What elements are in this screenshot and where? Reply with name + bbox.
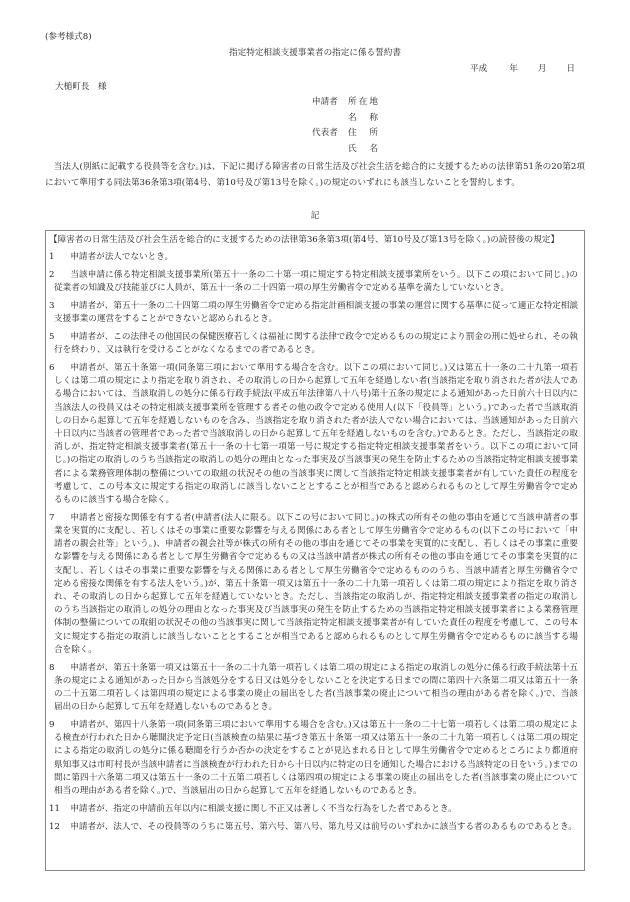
rep-name-label: 氏名: [348, 142, 378, 158]
provision-text: 申請者と密接な関係を有する者(申請者(法人に限る。以下この号において同じ。)の株…: [49, 512, 578, 657]
address-label: 所在地: [348, 95, 378, 111]
signature-block: 申請者所在地 名称 代表者住所 氏名: [312, 95, 378, 157]
document-title: 指定特定相談支援事業者の指定に係る誓約書: [0, 46, 630, 58]
provision-text: 申請者が、第五十条第一項(同条第三項において準用する場合を含む。以下この項におい…: [49, 362, 578, 507]
ki-heading: 記: [0, 209, 630, 221]
form-label: (参考様式8): [45, 30, 92, 42]
provision-text: 申請者が法人でないとき。: [49, 251, 578, 264]
provision-text: 申請者が、第四十八条第一項(同条第三項において準用する場合を含む。)又は第五十一…: [49, 719, 578, 798]
rep-address-label: 住所: [348, 126, 378, 142]
provision-text: 申請者が、第五十条第一項又は第五十一条の二十九第一項若しくは第二項の規定による指…: [49, 662, 578, 715]
provision-item: 12申請者が、法人で、その役員等のうちに第五号、第六号、第八号、第九号又は前号の…: [49, 821, 578, 834]
provision-item: 9申請者が、第四十八条第一項(同条第三項において準用する場合を含む。)又は第五十…: [49, 719, 578, 798]
provision-text: 申請者が、指定の申請前五年以内に相談支援に関し不正又は著しく不当な行為をした者で…: [49, 803, 578, 816]
provisions-heading: 【障害者の日常生活及び社会生活を総合的に支援するための法律第36条第3項(第4号…: [49, 234, 578, 247]
provision-item: 5申請者が、この法律その他国民の保健医療若しくは福祉に関する法律で政令で定めるも…: [49, 331, 578, 357]
date-line: 平成年月日: [470, 62, 591, 74]
date-month-label: 月: [538, 62, 547, 74]
provision-item: 6申請者が、第五十条第一項(同条第三項において準用する場合を含む。以下この項にお…: [49, 362, 578, 507]
date-year-label: 年: [509, 62, 518, 74]
addressee: 大槌町長 様: [55, 80, 107, 92]
applicant-label: 申請者: [312, 95, 348, 111]
name-label: 名称: [348, 111, 378, 127]
provision-item: 2当該申請に係る特定相談支援事業所(第五十一条の二十第一項に規定する特定相談支援…: [49, 269, 578, 295]
date-era: 平成: [470, 62, 487, 74]
provision-text: 申請者が、法人で、その役員等のうちに第五号、第六号、第八号、第九号又は前号のいず…: [49, 821, 578, 834]
provision-item: 1申請者が法人でないとき。: [49, 251, 578, 264]
provision-item: 8申請者が、第五十条第一項又は第五十一条の二十九第一項若しくは第二項の規定による…: [49, 662, 578, 715]
provisions-box: 【障害者の日常生活及び社会生活を総合的に支援するための法律第36条第3項(第4号…: [45, 230, 585, 871]
provision-item: 3申請者が、第五十一条の二十四第二項の厚生労働省令で定める指定計画相談支援の事業…: [49, 300, 578, 326]
provision-text: 申請者が、第五十一条の二十四第二項の厚生労働省令で定める指定計画相談支援の事業の…: [49, 300, 578, 326]
provision-item: 7申請者と密接な関係を有する者(申請者(法人に限る。以下この号において同じ。)の…: [49, 512, 578, 657]
provision-text: 当該申請に係る特定相談支援事業所(第五十一条の二十第一項に規定する特定相談支援事…: [49, 269, 578, 295]
date-day-label: 日: [566, 62, 575, 74]
provision-item: 11申請者が、指定の申請前五年以内に相談支援に関し不正又は著しく不当な行為をした…: [49, 803, 578, 816]
representative-label: 代表者: [312, 126, 348, 142]
oath-statement: 当法人(別紙に記載する役員等を含む。)は、下記に掲げる障害者の日常生活及び社会生…: [45, 159, 585, 191]
provision-text: 申請者が、この法律その他国民の保健医療若しくは福祉に関する法律で政令で定めるもの…: [49, 331, 578, 357]
